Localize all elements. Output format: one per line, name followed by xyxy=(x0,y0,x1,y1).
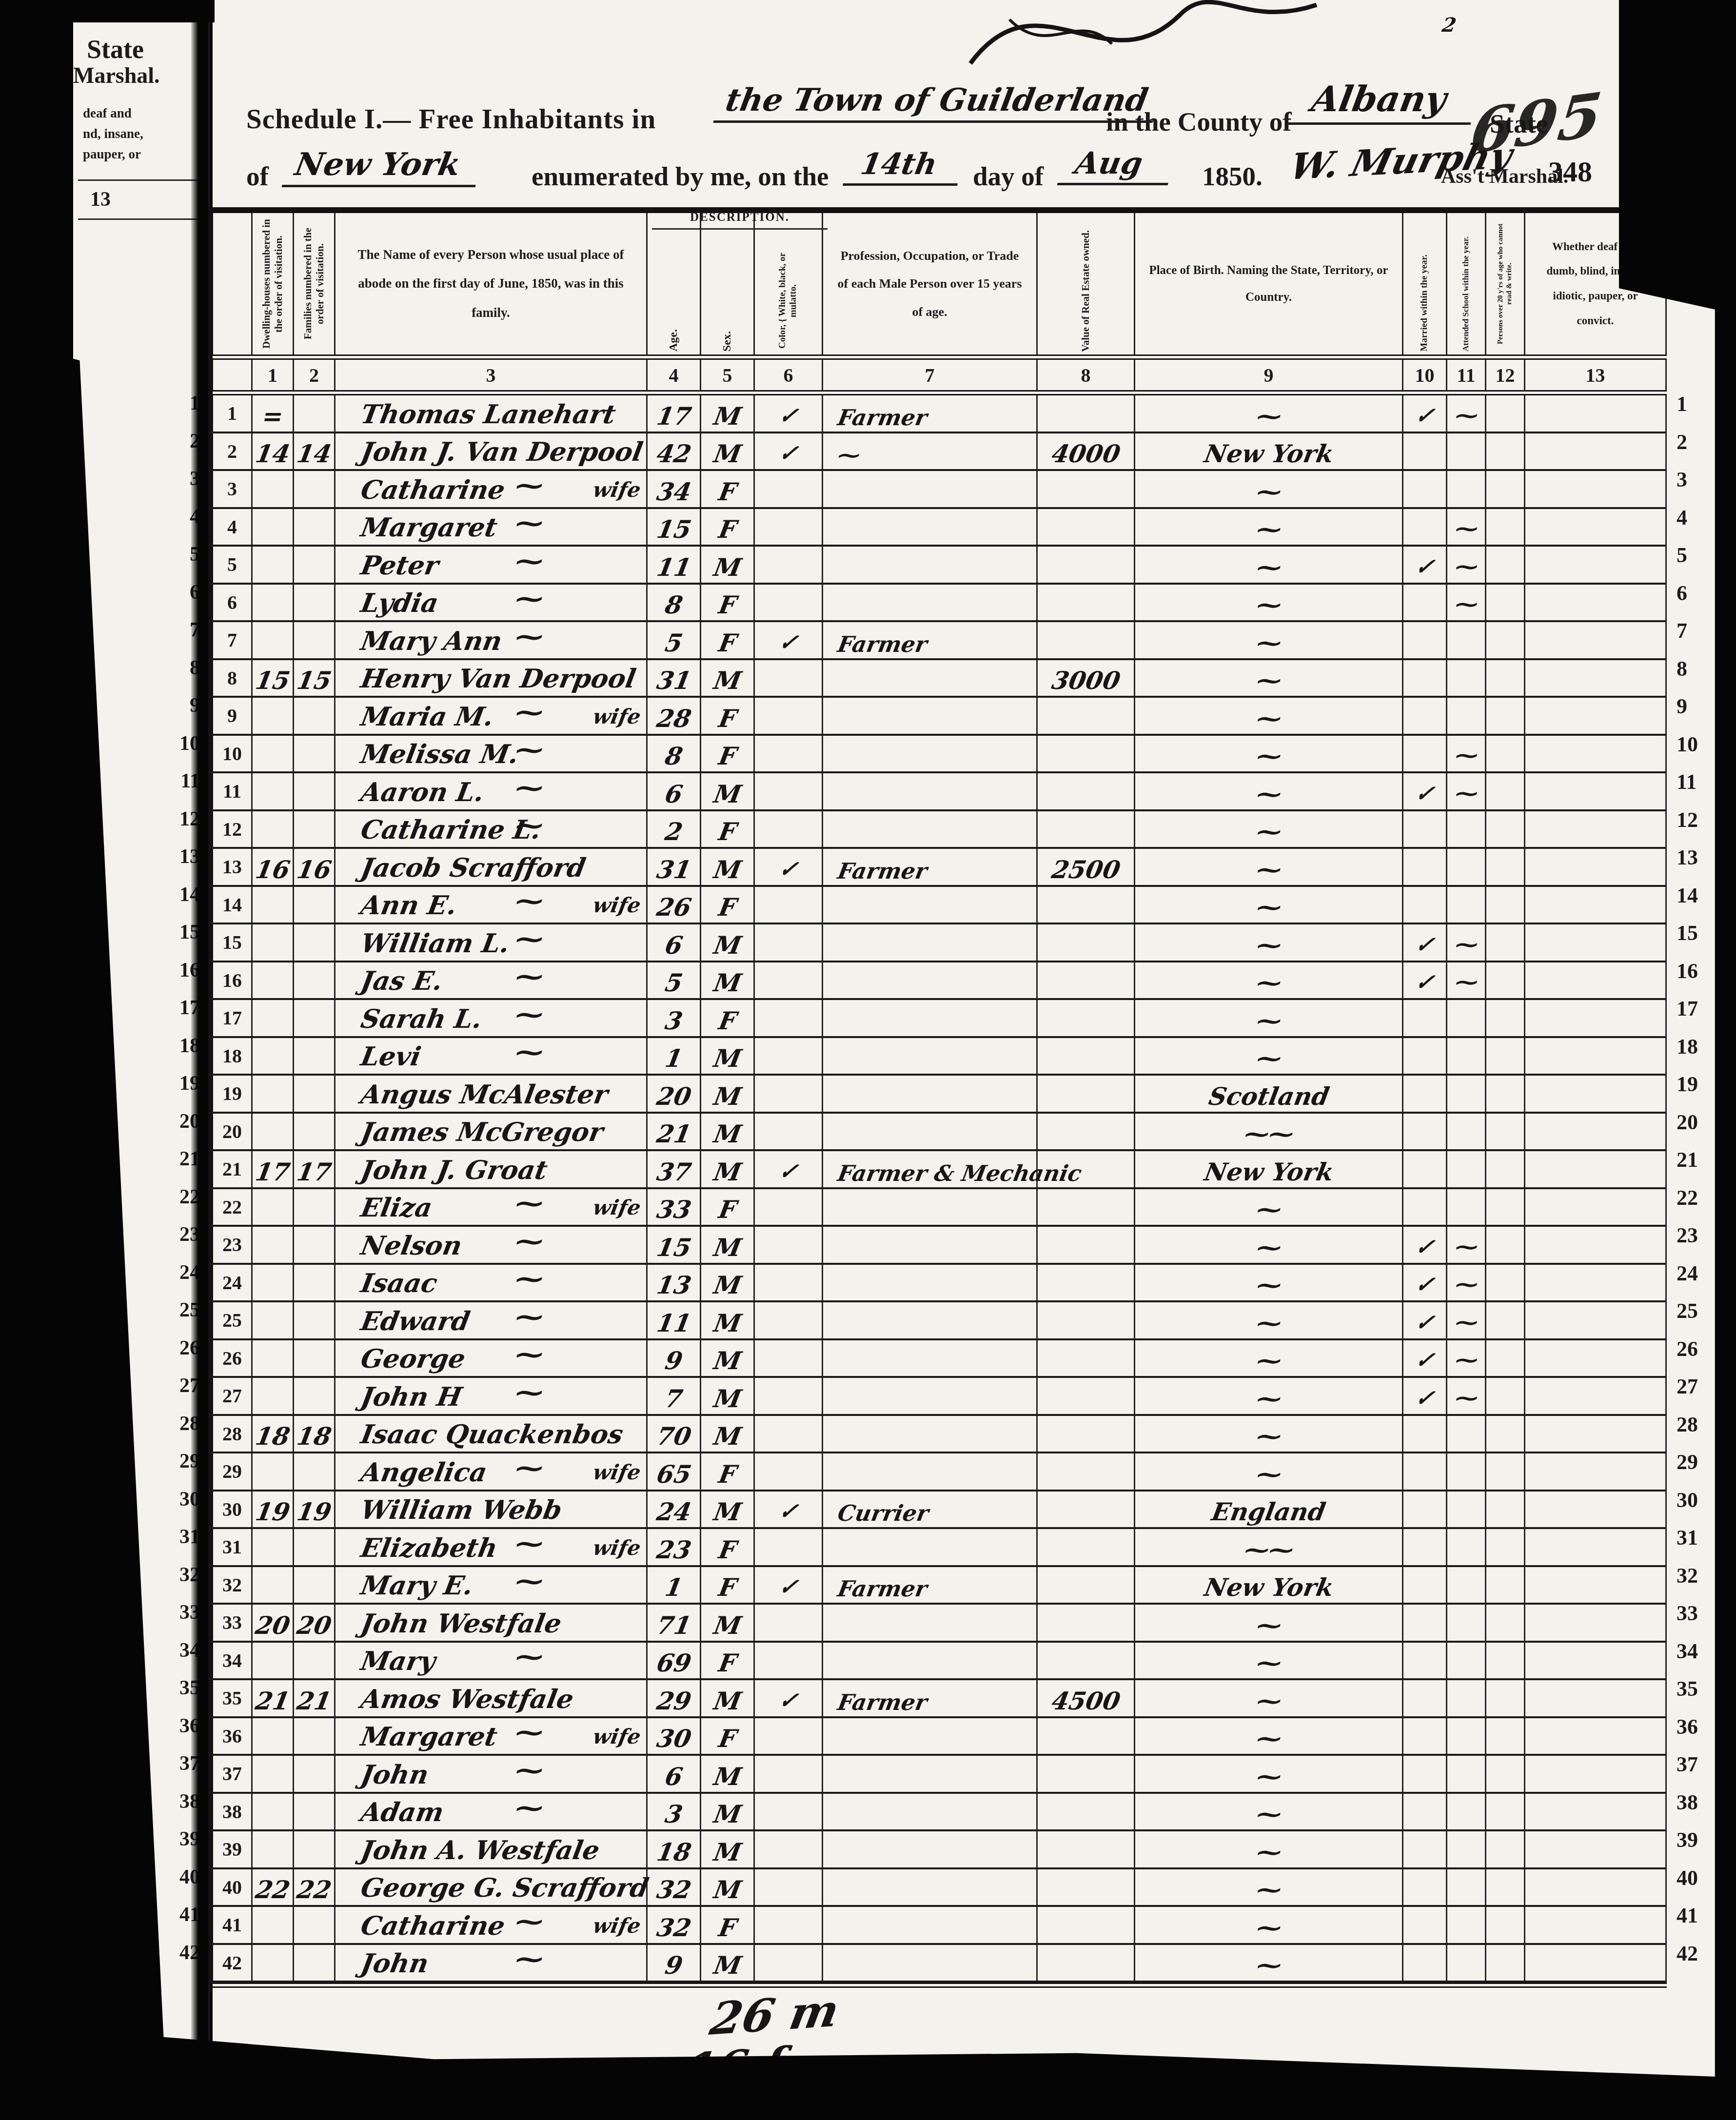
age-text: 8 xyxy=(663,744,685,771)
person-name-text: Adam xyxy=(358,1800,446,1828)
birthplace: ⁓ xyxy=(1135,1302,1403,1338)
age: 11 xyxy=(648,1302,701,1338)
column-number-3: 3 xyxy=(335,360,648,390)
dwelling-number xyxy=(253,547,294,583)
person-name-text: Ann E. xyxy=(358,893,459,922)
dwelling-number: 16 xyxy=(253,849,294,885)
age-text: 28 xyxy=(654,707,693,734)
name-ditto-mark: ⁓ xyxy=(513,1908,546,1938)
month-entry: Aug xyxy=(1057,145,1175,185)
person-name-text: John xyxy=(358,1762,431,1791)
school-mark-text: ⁓ xyxy=(1453,971,1480,998)
sex-text: M xyxy=(711,555,743,583)
sex: F xyxy=(701,509,755,545)
birthplace: ⁓ xyxy=(1135,1378,1403,1414)
age-text: 31 xyxy=(654,858,693,885)
sex-text: F xyxy=(716,631,738,658)
real-estate-value xyxy=(1038,1038,1135,1074)
table-row: 332020John Westfale71M⁓ xyxy=(209,1605,1667,1643)
dwelling-number xyxy=(253,1189,294,1225)
sex-text: M xyxy=(711,858,743,885)
occupation xyxy=(823,1265,1038,1301)
table-row: 27John H⁓7M⁓✓⁓ xyxy=(209,1378,1667,1416)
deaf-dumb-cell xyxy=(1525,1000,1667,1036)
line-number: 6 xyxy=(209,585,253,621)
school-mark xyxy=(1447,1151,1486,1187)
sex-text: F xyxy=(716,1727,738,1754)
table-row: 25Edward⁓11M⁓✓⁓ xyxy=(209,1302,1667,1340)
age: 71 xyxy=(648,1605,701,1641)
table-row: 17Sarah L.⁓3F⁓ xyxy=(209,1000,1667,1038)
school-mark xyxy=(1447,1756,1486,1792)
color-mark-text: ✓ xyxy=(776,631,800,658)
person-name: Aaron L.⁓ xyxy=(335,773,648,809)
deaf-dumb-cell xyxy=(1525,1831,1667,1867)
deaf-dumb-cell xyxy=(1525,1529,1667,1565)
school-mark xyxy=(1447,1114,1486,1150)
column-headers: Dwelling-houses numbered in the order of… xyxy=(209,213,1667,354)
real-estate-value-text: 2500 xyxy=(1049,858,1122,885)
age: 2 xyxy=(648,811,701,847)
table-row: 15William L.⁓6M⁓✓⁓ xyxy=(209,924,1667,962)
occupation xyxy=(823,736,1038,772)
birthplace: ⁓ xyxy=(1135,1680,1403,1716)
school-mark xyxy=(1447,1643,1486,1679)
header-spacer xyxy=(209,213,253,354)
age: 6 xyxy=(648,924,701,961)
family-number: 16 xyxy=(294,849,335,885)
age: 42 xyxy=(648,433,701,470)
person-name-text: Margaret xyxy=(358,1724,499,1753)
deaf-dumb-cell xyxy=(1525,1567,1667,1603)
deaf-dumb-cell xyxy=(1525,1945,1667,1981)
family-number xyxy=(294,1718,335,1754)
cannot-read-mark xyxy=(1486,1794,1525,1830)
occupation xyxy=(823,509,1038,545)
sex: M xyxy=(701,1756,755,1792)
birthplace-text: ⁓ xyxy=(1254,782,1283,809)
name-ditto-mark: ⁓ xyxy=(513,887,546,918)
sex-text: M xyxy=(711,782,743,809)
cannot-read-mark xyxy=(1486,1831,1525,1867)
dwelling-number xyxy=(253,1114,294,1150)
color-mark xyxy=(755,1831,823,1867)
person-name: Peter⁓ xyxy=(335,547,648,583)
age-text: 26 xyxy=(654,895,693,923)
birthplace-text: ⁓ xyxy=(1254,517,1283,545)
birthplace: ⁓ xyxy=(1135,698,1403,734)
real-estate-value xyxy=(1038,1567,1135,1603)
person-name: William L.⁓ xyxy=(335,924,648,961)
age-text: 8 xyxy=(663,593,685,620)
person-name-text: Jas E. xyxy=(358,968,445,997)
cannot-read-mark xyxy=(1486,1945,1525,1981)
deaf-dumb-cell xyxy=(1525,849,1667,885)
deaf-dumb-cell xyxy=(1525,962,1667,999)
deaf-dumb-cell xyxy=(1525,1038,1667,1074)
married-mark-text: ✓ xyxy=(1413,1273,1436,1300)
table-row: 3Catharine⁓wife34F⁓ xyxy=(209,471,1667,509)
family-number xyxy=(294,924,335,961)
age-text: 20 xyxy=(654,1084,693,1112)
deaf-dumb-cell xyxy=(1525,1680,1667,1716)
dwelling-number xyxy=(253,585,294,621)
sex-text: M xyxy=(711,1500,743,1527)
person-name: Isaac⁓ xyxy=(335,1265,648,1301)
occupation: Farmer & Mechanic xyxy=(823,1151,1038,1187)
name-ditto-mark: ⁓ xyxy=(513,1757,546,1787)
dwelling-number: 18 xyxy=(253,1416,294,1452)
table-row: 7Mary Ann⁓5F✓Farmer⁓ xyxy=(209,622,1667,660)
name-ditto-mark: ⁓ xyxy=(513,1379,546,1409)
school-mark xyxy=(1447,1492,1486,1528)
school-mark-text: ⁓ xyxy=(1453,1387,1480,1414)
birthplace-text: ⁓ xyxy=(1254,1009,1283,1036)
sex: F xyxy=(701,811,755,847)
column-number-7: 7 xyxy=(823,360,1038,390)
birthplace-text: ⁓ xyxy=(1254,1689,1283,1716)
sex: F xyxy=(701,736,755,772)
occupation-text: Farmer xyxy=(821,1578,929,1603)
sex-text: F xyxy=(716,1575,738,1603)
column-number-13: 13 xyxy=(1525,360,1667,390)
school-mark xyxy=(1447,849,1486,885)
birthplace-text: ⁓ xyxy=(1254,1840,1283,1867)
cannot-read-mark xyxy=(1486,736,1525,772)
line-number: 17 xyxy=(209,1000,253,1036)
family-number: 20 xyxy=(294,1605,335,1641)
name-ditto-mark: ⁓ xyxy=(513,1794,546,1825)
cannot-read-mark xyxy=(1486,924,1525,961)
married-mark: ✓ xyxy=(1403,1227,1447,1263)
person-name: James McGregor xyxy=(335,1114,648,1150)
family-number xyxy=(294,1189,335,1225)
person-name-text: Angelica xyxy=(358,1460,489,1489)
name-ditto-mark: ⁓ xyxy=(513,1039,546,1069)
married-mark xyxy=(1403,849,1447,885)
dwelling-number-text: 18 xyxy=(253,1424,292,1452)
person-name-text: Nelson xyxy=(358,1233,464,1262)
person-name: Mary⁓ xyxy=(335,1643,648,1679)
sex: F xyxy=(701,1529,755,1565)
column-header-label: Sex. xyxy=(720,328,734,354)
sex: M xyxy=(701,660,755,696)
birthplace: ⁓⁓ xyxy=(1135,1529,1403,1565)
age-text: 17 xyxy=(654,404,693,432)
person-name: Amos Westfale xyxy=(335,1680,648,1716)
age: 3 xyxy=(648,1000,701,1036)
table-row: 31Elizabeth⁓wife23F⁓⁓ xyxy=(209,1529,1667,1567)
school-mark xyxy=(1447,1529,1486,1565)
deaf-dumb-cell xyxy=(1525,924,1667,961)
school-mark xyxy=(1447,1000,1486,1036)
dwelling-number: 17 xyxy=(253,1151,294,1187)
enumerated-label: enumerated by me, on the xyxy=(532,161,829,192)
deaf-dumb-cell xyxy=(1525,698,1667,734)
person-name: Elizabeth⁓wife xyxy=(335,1529,648,1565)
table-row: 26George⁓9M⁓✓⁓ xyxy=(209,1340,1667,1378)
cannot-read-mark xyxy=(1486,1492,1525,1528)
dwelling-number: = xyxy=(253,395,294,432)
birthplace-text: ⁓ xyxy=(1254,631,1283,658)
birthplace-text: ⁓ xyxy=(1254,1462,1283,1490)
right-line-number: 35 xyxy=(1677,1676,1711,1714)
person-name-text: Isaac xyxy=(358,1271,439,1299)
sex: M xyxy=(701,433,755,470)
color-mark xyxy=(755,1416,823,1452)
birthplace: ⁓ xyxy=(1135,1605,1403,1641)
sex-text: M xyxy=(711,1046,743,1074)
family-number xyxy=(294,547,335,583)
color-mark xyxy=(755,1000,823,1036)
married-mark xyxy=(1403,698,1447,734)
name-ditto-mark: ⁓ xyxy=(513,1643,546,1673)
name-ditto-mark: ⁓ xyxy=(513,1001,546,1031)
sex: M xyxy=(701,1378,755,1414)
real-estate-value xyxy=(1038,395,1135,432)
wife-label: wife xyxy=(591,1462,642,1486)
table-row: 14Ann E.⁓wife26F⁓ xyxy=(209,887,1667,925)
dwelling-number: 22 xyxy=(253,1869,294,1905)
color-mark xyxy=(755,1189,823,1225)
column-number-8: 8 xyxy=(1038,360,1135,390)
age: 5 xyxy=(648,962,701,999)
name-ditto-mark: ⁓ xyxy=(513,963,546,993)
family-number-text: 14 xyxy=(295,442,333,469)
school-mark-text: ⁓ xyxy=(1453,404,1480,432)
dwelling-number xyxy=(253,622,294,658)
right-line-number: 42 xyxy=(1677,1941,1711,1979)
occupation xyxy=(823,1189,1038,1225)
person-name: Ann E.⁓wife xyxy=(335,887,648,923)
line-number: 39 xyxy=(209,1831,253,1867)
table-row: 24Isaac⁓13M⁓✓⁓ xyxy=(209,1265,1667,1303)
sex-text: M xyxy=(711,668,743,696)
real-estate-value-text: 3000 xyxy=(1049,668,1122,696)
sex: F xyxy=(701,1000,755,1036)
cannot-read-mark xyxy=(1486,1453,1525,1490)
real-estate-value xyxy=(1038,1000,1135,1036)
family-number xyxy=(294,1378,335,1414)
table-row: 32Mary E.⁓1F✓FarmerNew York xyxy=(209,1567,1667,1605)
real-estate-value xyxy=(1038,1643,1135,1679)
deaf-dumb-cell xyxy=(1525,1265,1667,1301)
sex: M xyxy=(701,395,755,432)
age: 28 xyxy=(648,698,701,734)
line-number: 15 xyxy=(209,924,253,961)
birthplace: ⁓ xyxy=(1135,773,1403,809)
age: 9 xyxy=(648,1945,701,1981)
age: 20 xyxy=(648,1076,701,1112)
right-line-number: 32 xyxy=(1677,1563,1711,1601)
table-row: 21414John J. Van Derpool42M✓⁓4000New Yor… xyxy=(209,433,1667,471)
age-text: 32 xyxy=(654,1878,693,1905)
cannot-read-mark xyxy=(1486,547,1525,583)
dwelling-number-text: 22 xyxy=(253,1878,292,1905)
deaf-dumb-cell xyxy=(1525,887,1667,923)
birthplace-text: ⁓ xyxy=(1254,1387,1283,1414)
sex-text: M xyxy=(711,933,743,961)
deaf-dumb-cell xyxy=(1525,1189,1667,1225)
person-name: Mary Ann⁓ xyxy=(335,622,648,658)
sex: F xyxy=(701,698,755,734)
color-mark xyxy=(755,698,823,734)
real-estate-value-text: 4500 xyxy=(1049,1689,1122,1716)
family-number xyxy=(294,1302,335,1338)
deaf-dumb-cell xyxy=(1525,1869,1667,1905)
married-mark xyxy=(1403,1907,1447,1943)
name-ditto-mark: ⁓ xyxy=(513,585,546,615)
occupation: Farmer xyxy=(823,622,1038,658)
age: 15 xyxy=(648,509,701,545)
family-number: 19 xyxy=(294,1492,335,1528)
occupation xyxy=(823,1831,1038,1867)
birthplace-text: ⁓ xyxy=(1254,1197,1283,1225)
column-number-12: 12 xyxy=(1486,360,1525,390)
cannot-read-mark xyxy=(1486,395,1525,432)
school-mark-text: ⁓ xyxy=(1453,517,1480,545)
cannot-read-mark xyxy=(1486,660,1525,696)
occupation: Farmer xyxy=(823,1567,1038,1603)
school-mark: ⁓ xyxy=(1447,962,1486,999)
school-mark: ⁓ xyxy=(1447,547,1486,583)
family-number xyxy=(294,1114,335,1150)
column-number-9: 9 xyxy=(1135,360,1403,390)
birthplace: ⁓ xyxy=(1135,1000,1403,1036)
line-number: 22 xyxy=(209,1189,253,1225)
age: 11 xyxy=(648,547,701,583)
person-name-text: Catharine xyxy=(358,477,507,506)
person-name-text: John A. Westfale xyxy=(358,1838,602,1866)
married-mark: ✓ xyxy=(1403,395,1447,432)
table-row: 19Angus McAlester20MScotland xyxy=(209,1076,1667,1114)
birthplace-text: New York xyxy=(1202,1160,1336,1187)
birthplace: ⁓ xyxy=(1135,1038,1403,1074)
family-number-text: 17 xyxy=(295,1160,333,1187)
real-estate-value xyxy=(1038,698,1135,734)
birthplace: ⁓ xyxy=(1135,1831,1403,1867)
age-text: 15 xyxy=(654,517,693,545)
right-line-number: 20 xyxy=(1677,1110,1711,1148)
right-line-number: 19 xyxy=(1677,1072,1711,1110)
column-number-6: 6 xyxy=(755,360,823,390)
sex-text: F xyxy=(716,517,738,545)
schedule-title: Schedule I.— Free Inhabitants in xyxy=(246,103,656,135)
real-estate-value xyxy=(1038,1227,1135,1263)
right-line-number: 38 xyxy=(1677,1790,1711,1828)
cannot-read-mark xyxy=(1486,1114,1525,1150)
cannot-read-mark xyxy=(1486,622,1525,658)
column-header-5: Sex. xyxy=(701,213,755,354)
birthplace: ⁓ xyxy=(1135,1416,1403,1452)
line-number: 41 xyxy=(209,1907,253,1943)
married-mark xyxy=(1403,585,1447,621)
age: 7 xyxy=(648,1378,701,1414)
sex-text: M xyxy=(711,1878,743,1905)
sex-text: M xyxy=(711,1084,743,1112)
school-mark xyxy=(1447,1907,1486,1943)
table-row: 10Melissa M.⁓8F⁓⁓ xyxy=(209,736,1667,774)
occupation xyxy=(823,1529,1038,1565)
married-mark xyxy=(1403,1718,1447,1754)
color-mark xyxy=(755,1907,823,1943)
color-mark xyxy=(755,736,823,772)
age-text: 3 xyxy=(663,1009,685,1036)
color-mark xyxy=(755,1302,823,1338)
wife-label: wife xyxy=(591,1197,642,1221)
right-line-number: 34 xyxy=(1677,1639,1711,1677)
person-name: George G. Scrafford xyxy=(335,1869,648,1905)
family-number xyxy=(294,395,335,432)
deaf-dumb-cell xyxy=(1525,1453,1667,1490)
sex-text: M xyxy=(711,971,743,998)
real-estate-value-text: 4000 xyxy=(1049,442,1122,469)
age: 1 xyxy=(648,1038,701,1074)
school-mark-text: ⁓ xyxy=(1453,744,1480,771)
family-number xyxy=(294,736,335,772)
age: 5 xyxy=(648,622,701,658)
line-number: 7 xyxy=(209,622,253,658)
name-ditto-mark: ⁓ xyxy=(513,1265,546,1296)
cannot-read-mark xyxy=(1486,962,1525,999)
occupation xyxy=(823,1076,1038,1112)
right-line-number: 30 xyxy=(1677,1488,1711,1526)
right-line-number: 5 xyxy=(1677,543,1711,581)
family-number-text: 20 xyxy=(295,1613,333,1641)
name-ditto-mark: ⁓ xyxy=(513,812,546,842)
real-estate-value xyxy=(1038,1718,1135,1754)
color-mark xyxy=(755,585,823,621)
family-number: 21 xyxy=(294,1680,335,1716)
deaf-dumb-cell xyxy=(1525,585,1667,621)
cannot-read-mark xyxy=(1486,1076,1525,1112)
married-mark-text: ✓ xyxy=(1413,1387,1436,1414)
deaf-dumb-cell xyxy=(1525,1605,1667,1641)
person-name-text: Aaron L. xyxy=(358,780,486,808)
age: 15 xyxy=(648,1227,701,1263)
line-number: 23 xyxy=(209,1227,253,1263)
birthplace: ⁓ xyxy=(1135,736,1403,772)
cannot-read-mark xyxy=(1486,1227,1525,1263)
person-name: John⁓ xyxy=(335,1756,648,1792)
table-row: 131616Jacob Scrafford31M✓Farmer2500⁓ xyxy=(209,849,1667,887)
color-mark xyxy=(755,471,823,507)
deaf-dumb-cell xyxy=(1525,1151,1667,1187)
family-number xyxy=(294,1076,335,1112)
birthplace: ⁓ xyxy=(1135,1794,1403,1830)
column-header-label: Profession, Occupation, or Trade of each… xyxy=(823,237,1036,331)
age-text: 3 xyxy=(663,1802,685,1829)
person-name-text: Mary E. xyxy=(358,1573,475,1602)
color-mark: ✓ xyxy=(755,395,823,432)
deaf-dumb-cell xyxy=(1525,1756,1667,1792)
family-number xyxy=(294,1340,335,1376)
birthplace-text: ⁓ xyxy=(1254,895,1283,923)
person-name: Henry Van Derpool xyxy=(335,660,648,696)
deaf-dumb-cell xyxy=(1525,547,1667,583)
married-mark-text: ✓ xyxy=(1413,782,1436,809)
real-estate-value xyxy=(1038,1340,1135,1376)
right-line-number: 41 xyxy=(1677,1903,1711,1941)
dwelling-number: 15 xyxy=(253,660,294,696)
sex-text: M xyxy=(711,1424,743,1452)
color-mark xyxy=(755,1114,823,1150)
family-number xyxy=(294,1529,335,1565)
table-row: 37John⁓6M⁓ xyxy=(209,1756,1667,1794)
school-mark xyxy=(1447,1718,1486,1754)
real-estate-value xyxy=(1038,1114,1135,1150)
age-text: 9 xyxy=(663,1953,685,1981)
